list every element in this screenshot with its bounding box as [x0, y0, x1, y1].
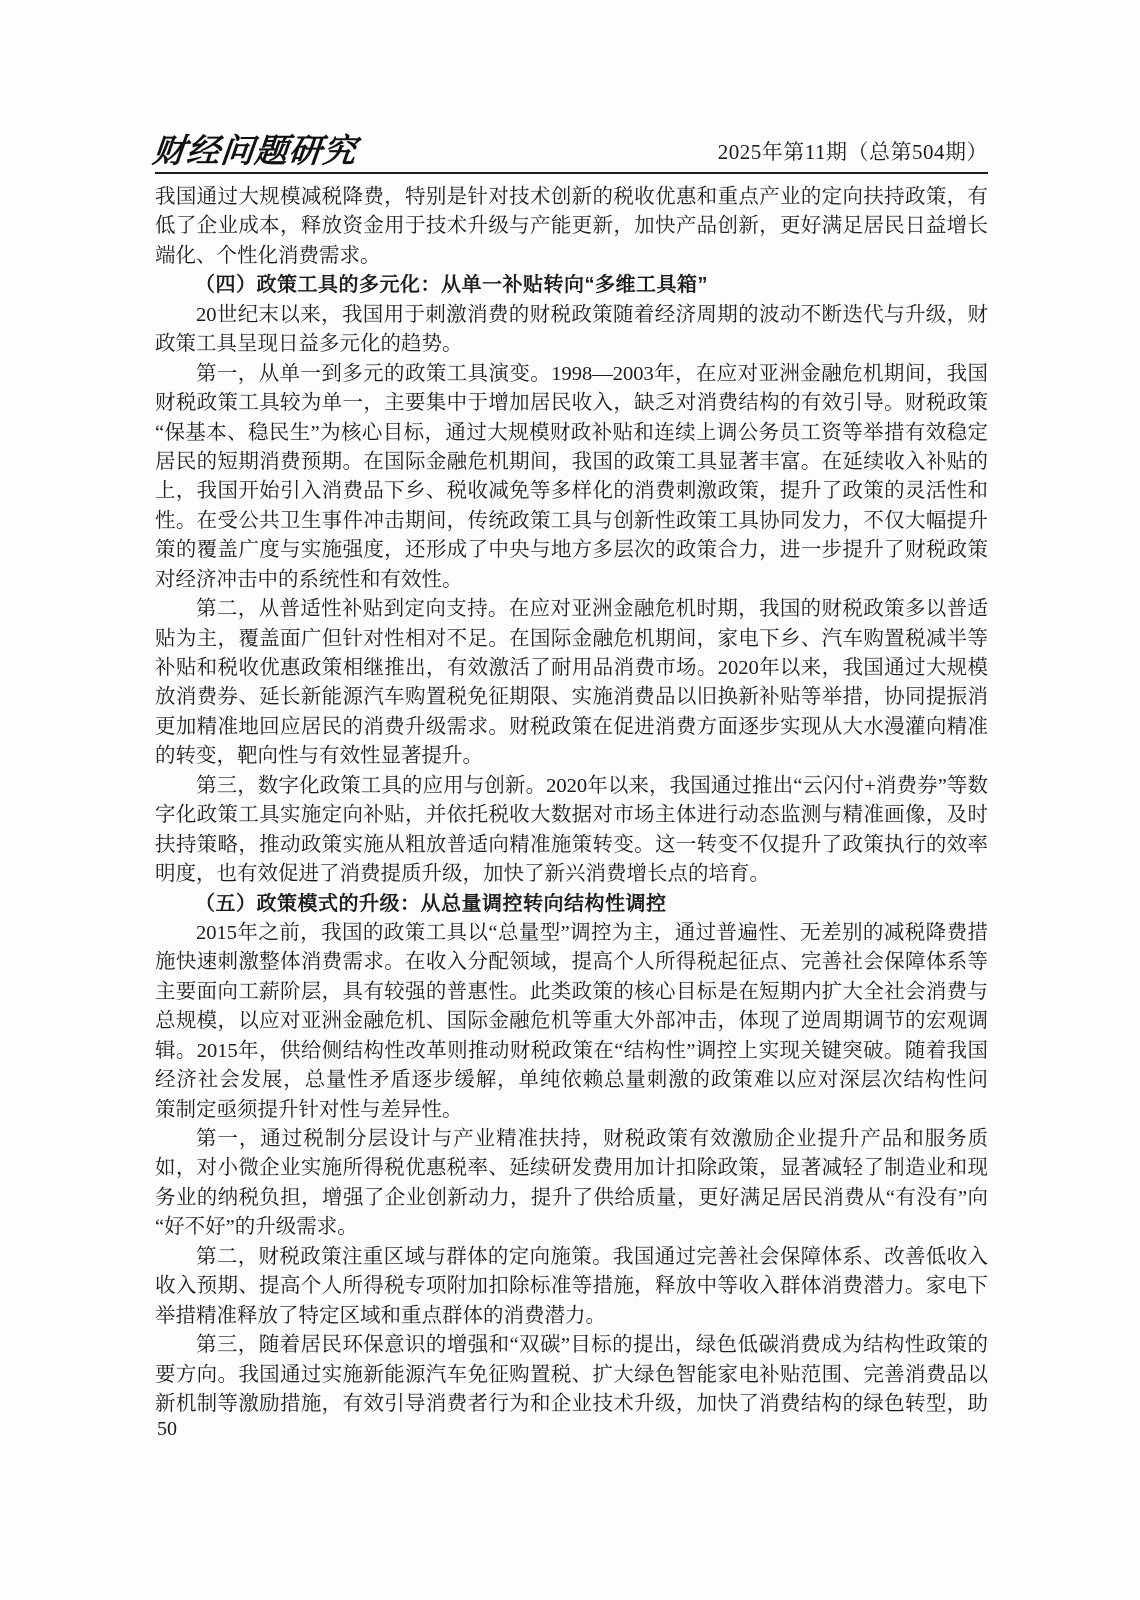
- text-line: 对经济冲击中的系统性和有效性。: [155, 566, 988, 595]
- text-line: 更加精准地回应居民的消费升级需求。财税政策在促进消费方面逐步实现从大水漫灌向精准…: [155, 713, 988, 742]
- text-line: 我国通过大规模减税降费，特别是针对技术创新的税收优惠和重点产业的定向扶持政策，有…: [155, 183, 988, 212]
- page-number: 50: [157, 1418, 177, 1441]
- text-line: 收入预期、提高个人所得税专项附加扣除标准等措施，释放中等收入群体消费潜力。家电下…: [155, 1272, 988, 1301]
- text-line: 策制定亟须提升针对性与差异性。: [155, 1096, 988, 1125]
- journal-page: 财经问题研究 2025年第11期（总第504期） 我国通过大规模减税降费，特别是…: [0, 0, 1140, 1600]
- text-line: 第一，通过税制分层设计与产业精准扶持，财税政策有效激励企业提升产品和服务质量。例: [155, 1125, 988, 1154]
- text-line: 总规模，以应对亚洲金融危机、国际金融危机等重大外部冲击，体现了逆周期调节的宏观调…: [155, 1007, 988, 1036]
- text-line: 2015年之前，我国的政策工具以“总量型”调控为主，通过普遍性、无差别的减税降费…: [155, 919, 988, 948]
- text-line: 扶持策略，推动政策实施从粗放普适向精准施策转变。这一转变不仅提升了政策执行的效率…: [155, 831, 988, 860]
- text-line: 如，对小微企业实施所得税优惠税率、延续研发费用加计扣除政策，显著减轻了制造业和现…: [155, 1154, 988, 1183]
- text-line: 贴为主，覆盖面广但针对性相对不足。在国际金融危机期间，家电下乡、汽车购置税减半等…: [155, 625, 988, 654]
- text-line: 性。在受公共卫生事件冲击期间，传统政策工具与创新性政策工具协同发力，不仅大幅提升…: [155, 507, 988, 536]
- text-line: 辑。2015年，供给侧结构性改革则推动财税政策在“结构性”调控上实现关键突破。随…: [155, 1037, 988, 1066]
- text-line: 新机制等激励措施，有效引导消费者行为和企业技术升级，加快了消费结构的绿色转型，助…: [155, 1390, 988, 1419]
- text-line: 政策工具呈现日益多元化的趋势。: [155, 330, 988, 359]
- text-line: 经济社会发展，总量性矛盾逐步缓解，单纯依赖总量刺激的政策难以应对深层次结构性问题…: [155, 1066, 988, 1095]
- text-line: 居民的短期消费预期。在国际金融危机期间，我国的政策工具显著丰富。在延续收入补贴的…: [155, 448, 988, 477]
- section-heading: （四）政策工具的多元化：从单一补贴转向“多维工具箱”: [155, 271, 988, 300]
- text-line: 主要面向工薪阶层，具有较强的普惠性。此类政策的核心目标是在短期内扩大全社会消费与…: [155, 978, 988, 1007]
- issue-info: 2025年第11期（总第504期）: [718, 136, 988, 166]
- page-header: 财经问题研究 2025年第11期（总第504期）: [155, 124, 988, 172]
- text-line: 上，我国开始引入消费品下乡、税收减免等多样化的消费刺激政策，提升了政策的灵活性和…: [155, 477, 988, 506]
- text-line: 字化政策工具实施定向补贴，并依托税收大数据对市场主体进行动态监测与精准画像，及时…: [155, 801, 988, 830]
- header-divider: [155, 172, 988, 174]
- text-line: 端化、个性化消费需求。: [155, 242, 988, 271]
- text-line: 第二，从普适性补贴到定向支持。在应对亚洲金融危机时期，我国的财税政策多以普适性补: [155, 595, 988, 624]
- text-line: 第一，从单一到多元的政策工具演变。1998—2003年，在应对亚洲金融危机期间，…: [155, 360, 988, 389]
- text-line: 的转变，靶向性与有效性显著提升。: [155, 742, 988, 771]
- text-line: 第三，随着居民环保意识的增强和“双碳”目标的提出，绿色低碳消费成为结构性政策的重: [155, 1331, 988, 1360]
- text-line: 第二，财税政策注重区域与群体的定向施策。我国通过完善社会保障体系、改善低收入群体: [155, 1243, 988, 1272]
- text-line: 财税政策工具较为单一，主要集中于增加居民收入，缺乏对消费结构的有效引导。财税政策…: [155, 389, 988, 418]
- text-line: 施快速刺激整体消费需求。在收入分配领域，提高个人所得税起征点、完善社会保障体系等…: [155, 948, 988, 977]
- text-line: 放消费券、延长新能源汽车购置税免征期限、实施消费品以旧换新补贴等举措，协同提振消…: [155, 683, 988, 712]
- text-line: 20世纪末以来，我国用于刺激消费的财税政策随着经济周期的波动不断迭代与升级，财税: [155, 301, 988, 330]
- text-line: 补贴和税收优惠政策相继推出，有效激活了耐用品消费市场。2020年以来，我国通过大…: [155, 654, 988, 683]
- section-heading: （五）政策模式的升级：从总量调控转向结构性调控: [155, 890, 988, 919]
- text-line: “保基本、稳民生”为核心目标，通过大规模财政补贴和连续上调公务员工资等举措有效稳…: [155, 419, 988, 448]
- text-line: 策的覆盖广度与实施强度，还形成了中央与地方多层次的政策合力，进一步提升了财税政策…: [155, 536, 988, 565]
- text-line: “好不好”的升级需求。: [155, 1213, 988, 1242]
- text-line: 第三，数字化政策工具的应用与创新。2020年以来，我国通过推出“云闪付+消费券”…: [155, 772, 988, 801]
- text-line: 低了企业成本，释放资金用于技术升级与产能更新，加快产品创新，更好满足居民日益增长…: [155, 212, 988, 241]
- text-line: 务业的纳税负担，增强了企业创新动力，提升了供给质量，更好满足居民消费从“有没有”…: [155, 1184, 988, 1213]
- text-line: 要方向。我国通过实施新能源汽车免征购置税、扩大绿色智能家电补贴范围、完善消费品以…: [155, 1361, 988, 1390]
- article-body: 我国通过大规模减税降费，特别是针对技术创新的税收优惠和重点产业的定向扶持政策，有…: [155, 183, 988, 1419]
- journal-logo: 财经问题研究: [151, 125, 360, 172]
- text-line: 举措精准释放了特定区域和重点群体的消费潜力。: [155, 1302, 988, 1331]
- text-line: 明度，也有效促进了消费提质升级，加快了新兴消费增长点的培育。: [155, 860, 988, 889]
